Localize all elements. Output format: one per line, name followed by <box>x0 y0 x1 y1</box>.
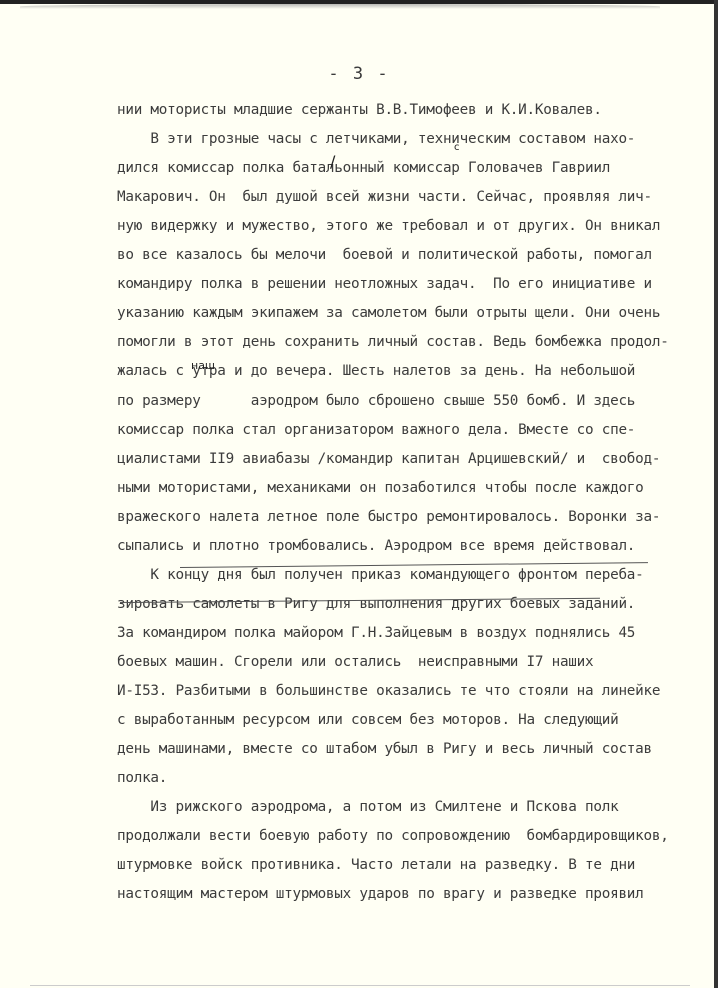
text-line: штурмовке войск противника. Часто летали… <box>117 857 635 873</box>
text-line: боевых машин. Сгорели или остались неисп… <box>117 654 593 670</box>
scan-bottom-edge <box>30 985 690 986</box>
text-line: Макарович. Он был душой всей жизни части… <box>117 189 652 205</box>
text-line: продолжали вести боевую работу по сопров… <box>117 828 669 844</box>
text-line: вражеского налета летное поле быстро рем… <box>117 509 660 525</box>
text-line: настоящим мастером штурмовых ударов по в… <box>117 886 644 902</box>
text-line: полка. <box>117 770 167 786</box>
text-line: За командиром полка майором Г.Н.Зайцевым… <box>117 625 635 641</box>
text-line: ными мотористами, механиками он позаботи… <box>117 480 644 496</box>
text-line: с выработанным ресурсом или совсем без м… <box>117 712 618 728</box>
text-line: комиссар полка стал организатором важног… <box>117 422 635 438</box>
text-line: день машинами, вместе со штабом убыл в Р… <box>117 741 652 757</box>
handwritten-strike-mark: / <box>330 152 335 171</box>
text-line: К концу дня был получен приказ командующ… <box>117 567 644 583</box>
handwritten-insert-s: с <box>454 142 460 153</box>
text-line: нии мотористы младшие сержанты В.В.Тимоф… <box>117 102 602 118</box>
text-line: дился комиссар полка батальонный комисса… <box>117 160 610 176</box>
text-line: ную видержку и мужество, этого же требов… <box>117 218 660 234</box>
page-curl-shadow <box>20 4 660 9</box>
scan-right-edge <box>714 0 718 988</box>
text-line: во все казалось бы мелочи боевой и полит… <box>117 247 652 263</box>
text-line: сыпались и плотно тромбовались. Аэродром… <box>117 538 635 554</box>
text-line: В эти грозные часы с летчиками, техничес… <box>117 131 635 147</box>
text-line: по размеру аэродром было сброшено свыше … <box>117 393 635 409</box>
text-line: командиру полка в решении неотложных зад… <box>117 276 652 292</box>
handwritten-insert-nash: наш <box>191 359 215 372</box>
text-line: помогли в этот день сохранить личный сос… <box>117 334 669 350</box>
text-line: указанию каждым экипажем за самолетом бы… <box>117 305 660 321</box>
text-line: И-I53. Разбитыми в большинстве оказались… <box>117 683 660 699</box>
page-number: - 3 - <box>0 64 718 84</box>
text-line: Из рижского аэродрома, а потом из Смилте… <box>117 799 618 815</box>
text-line: циалистами II9 авиабазы /командир капита… <box>117 451 660 467</box>
